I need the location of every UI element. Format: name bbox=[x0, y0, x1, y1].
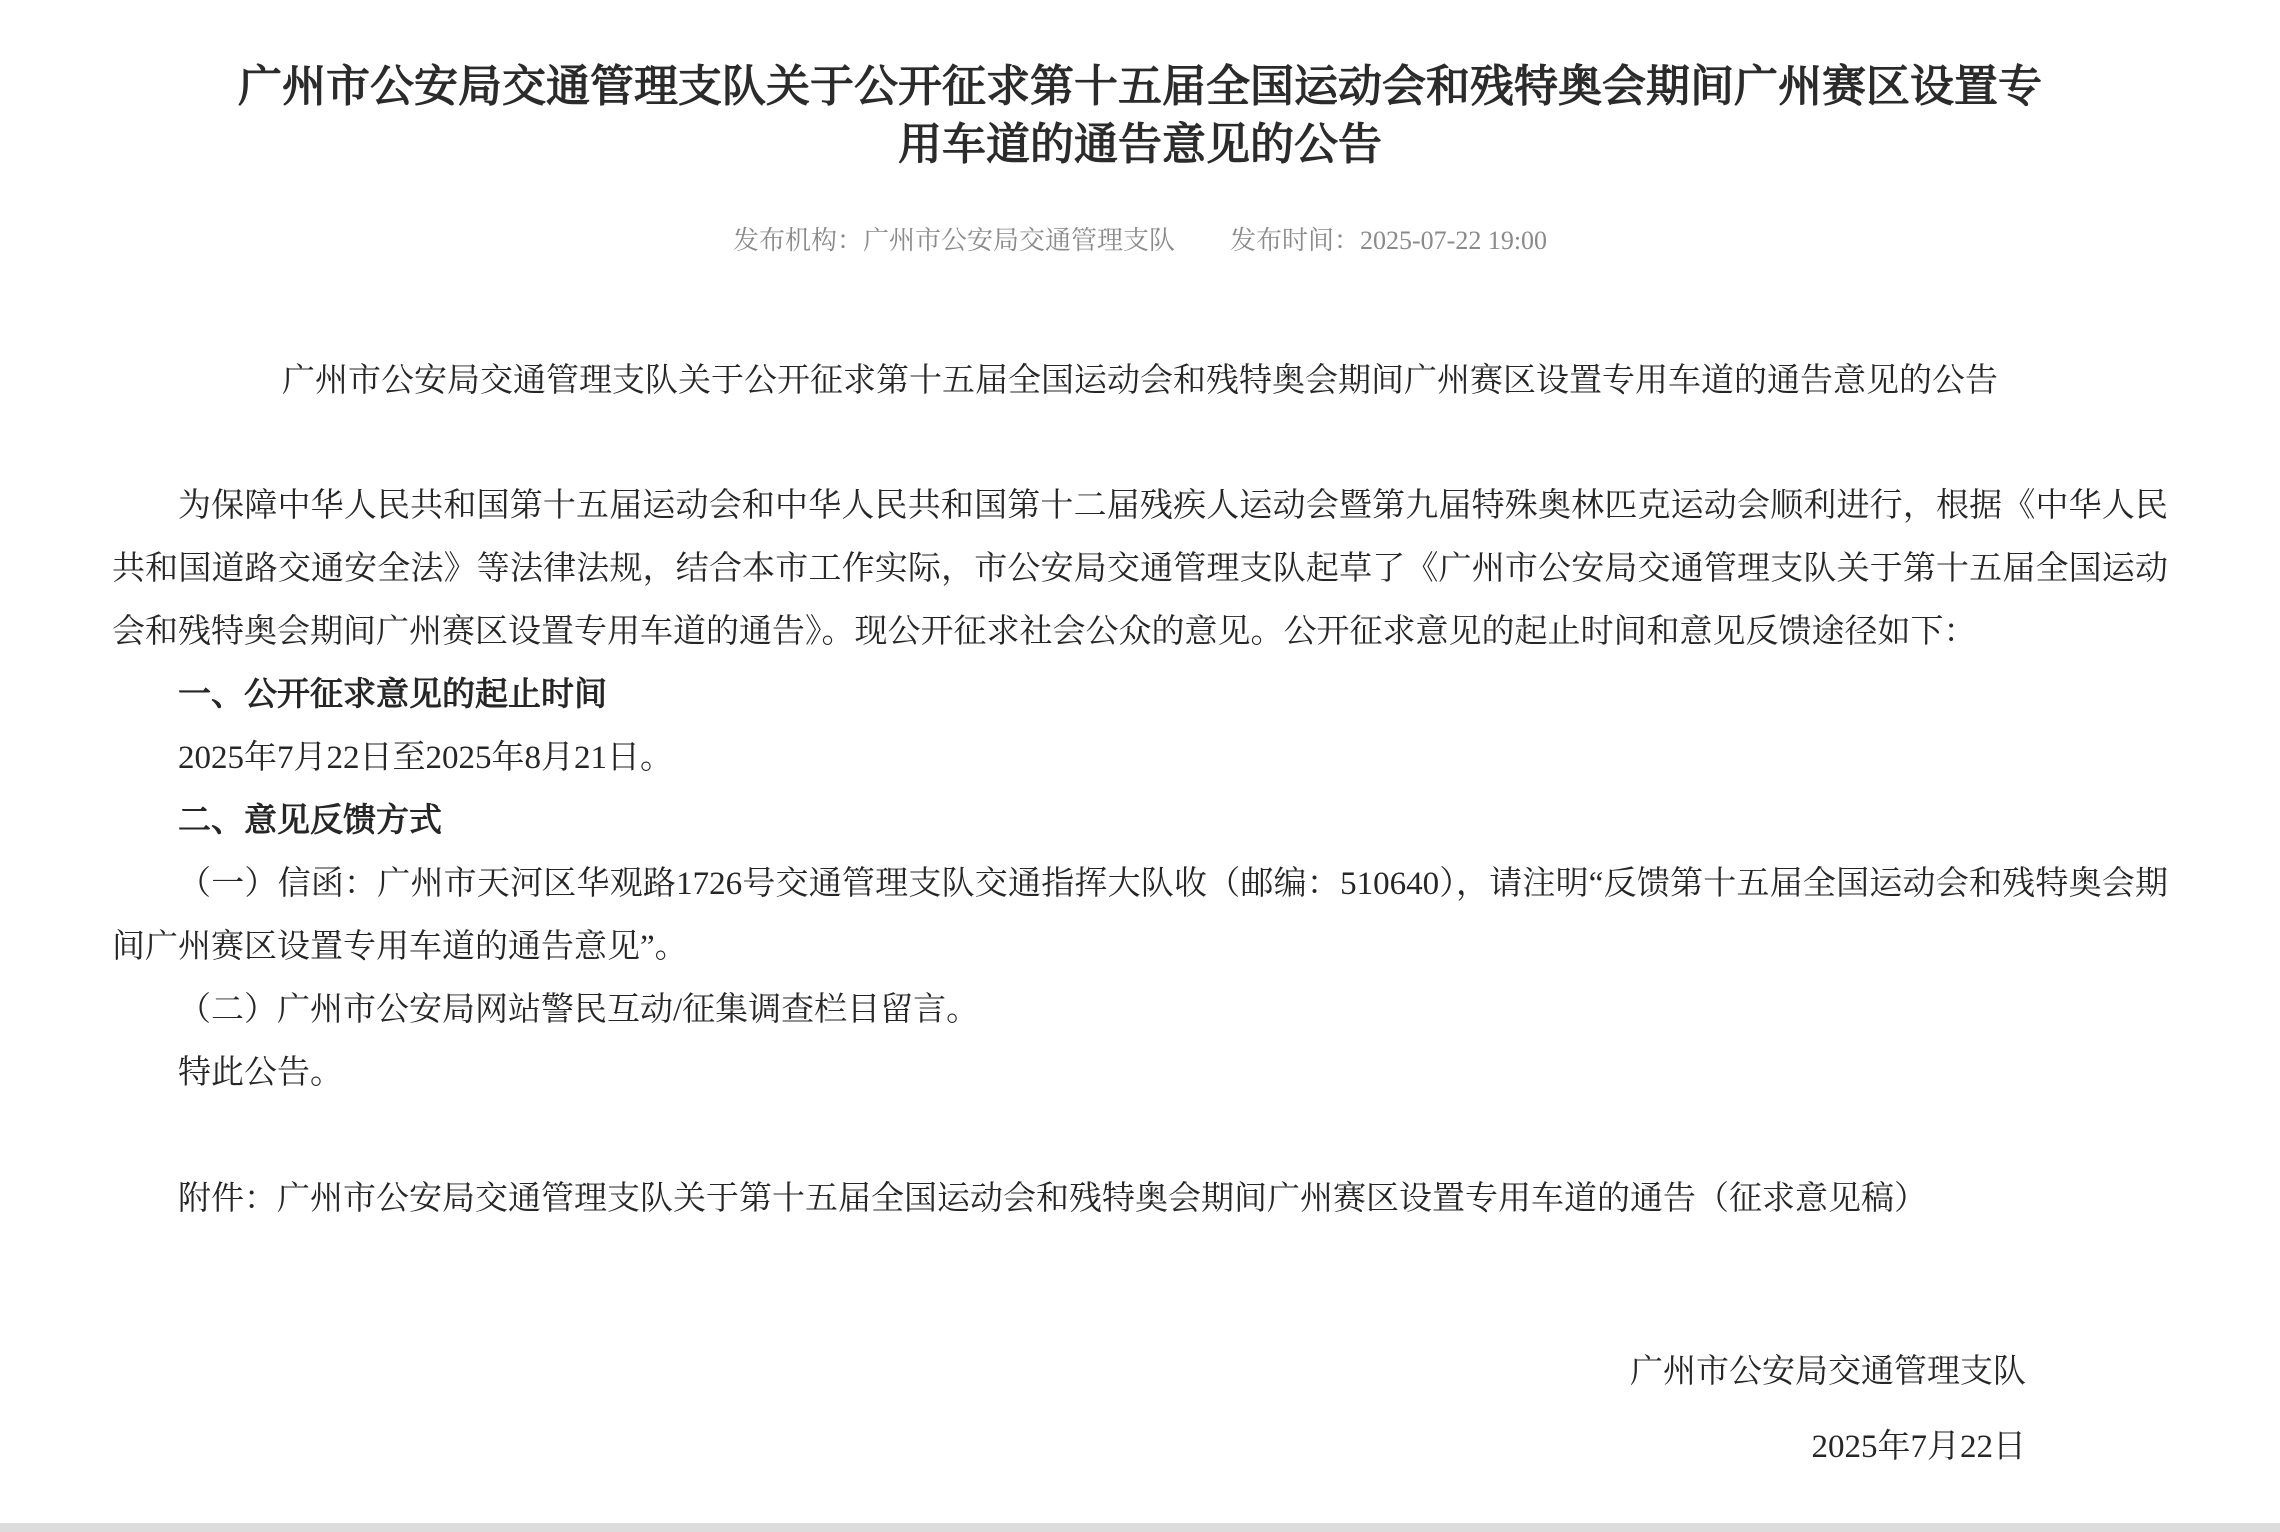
publisher-value: 广州市公安局交通管理支队 bbox=[863, 226, 1175, 255]
bottom-divider bbox=[0, 1523, 2280, 1532]
publisher-label: 发布机构： bbox=[733, 226, 863, 255]
announcement-content: 广州市公安局交通管理支队关于公开征求第十五届全国运动会和残特奥会期间广州赛区设置… bbox=[0, 350, 2280, 1479]
meta-row: 发布机构：广州市公安局交通管理支队发布时间：2025-07-22 19:00 bbox=[0, 224, 2280, 258]
signature-name: 广州市公安局交通管理支队 bbox=[112, 1341, 2026, 1404]
feedback-mail-item: （一）信函：广州市天河区华观路1726号交通管理支队交通指挥大队收（邮编：510… bbox=[112, 853, 2168, 979]
intro-paragraph: 为保障中华人民共和国第十五届运动会和中华人民共和国第十二届残疾人运动会暨第九届特… bbox=[112, 475, 2168, 664]
page-title: 广州市公安局交通管理支队关于公开征求第十五届全国运动会和残特奥会期间广州赛区设置… bbox=[225, 58, 2055, 174]
signature-block: 广州市公安局交通管理支队 2025年7月22日 bbox=[112, 1341, 2168, 1479]
announcement-page: 广州市公安局交通管理支队关于公开征求第十五届全国运动会和残特奥会期间广州赛区设置… bbox=[0, 0, 2280, 1479]
signature-date: 2025年7月22日 bbox=[112, 1416, 2026, 1479]
publish-time-label: 发布时间： bbox=[1230, 226, 1360, 255]
section-1-heading: 一、公开征求意见的起止时间 bbox=[112, 664, 2168, 727]
content-subtitle: 广州市公安局交通管理支队关于公开征求第十五届全国运动会和残特奥会期间广州赛区设置… bbox=[112, 350, 2168, 413]
section-1-date-range: 2025年7月22日至2025年8月21日。 bbox=[112, 727, 2168, 790]
publish-time-value: 2025-07-22 19:00 bbox=[1360, 226, 1547, 255]
feedback-web-item: （二）广州市公安局网站警民互动/征集调查栏目留言。 bbox=[112, 979, 2168, 1042]
attachment-line: 附件：广州市公安局交通管理支队关于第十五届全国运动会和残特奥会期间广州赛区设置专… bbox=[112, 1168, 2168, 1231]
closing-note: 特此公告。 bbox=[112, 1042, 2168, 1105]
section-2-heading: 二、意见反馈方式 bbox=[112, 790, 2168, 853]
